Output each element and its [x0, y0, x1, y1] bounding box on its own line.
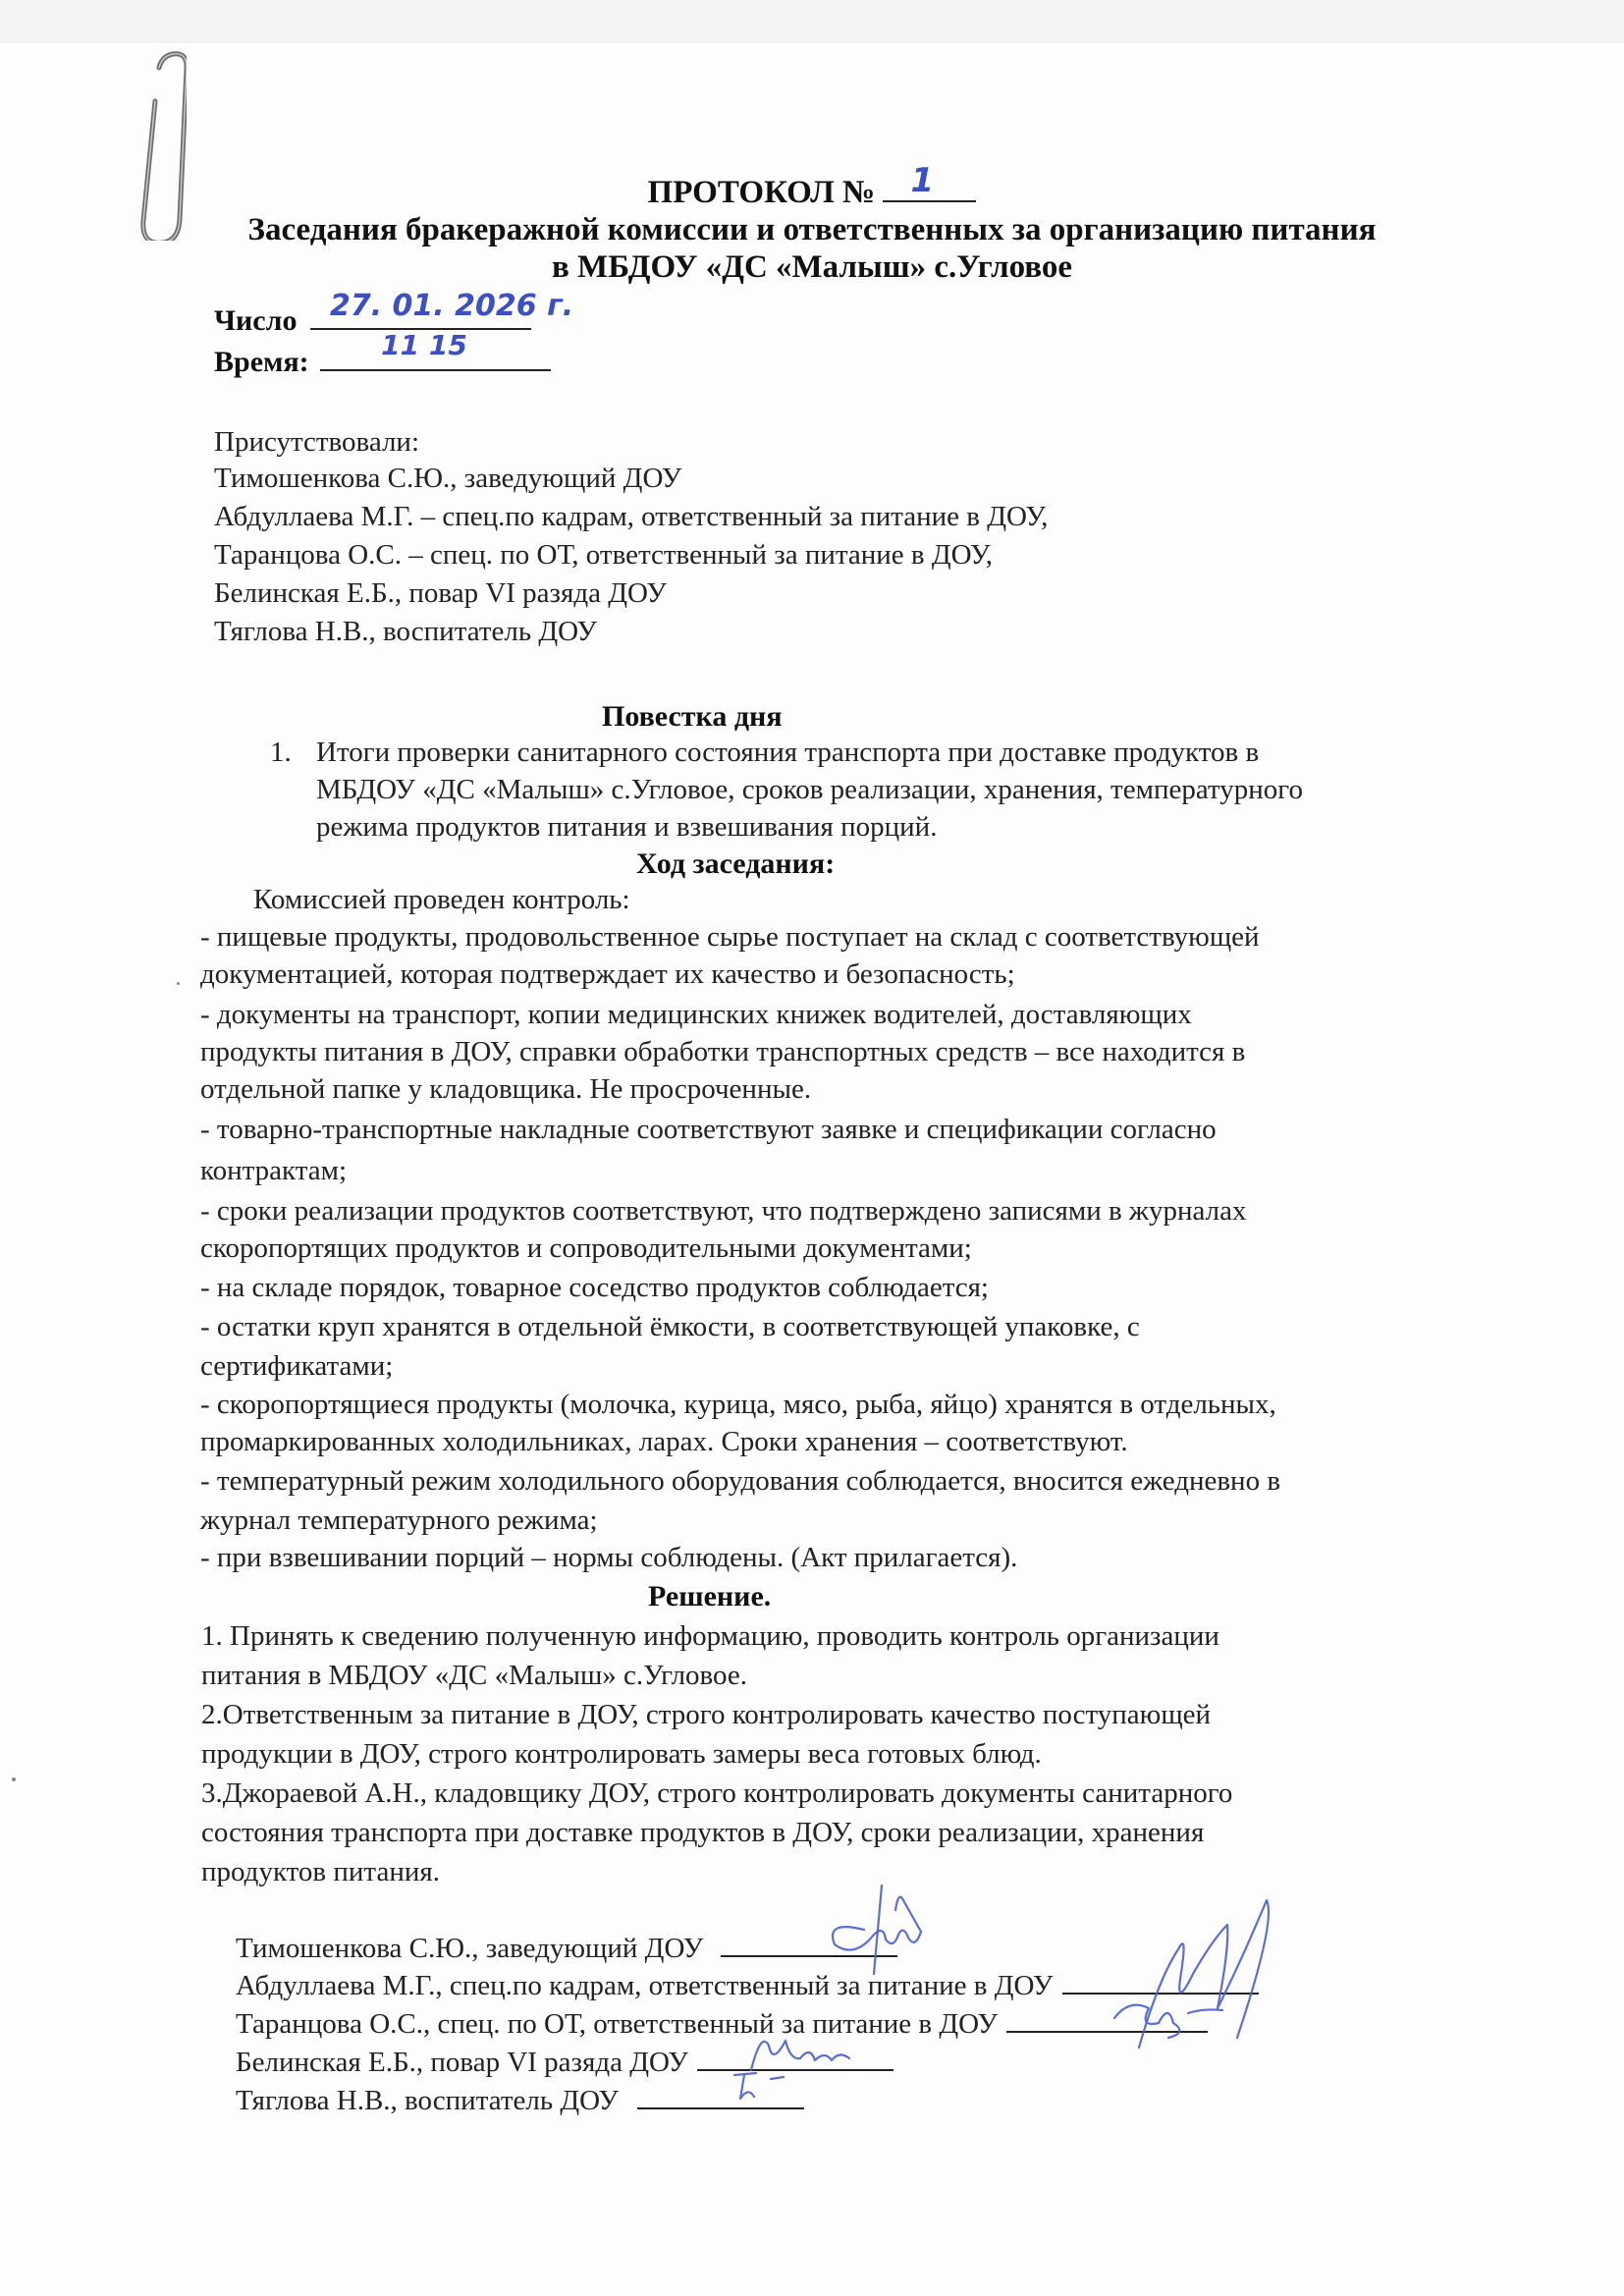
proceedings-intro: Комиссией проведен контроль:: [253, 882, 630, 917]
decision-line: продукции в ДОУ, строго контролировать з…: [201, 1736, 1042, 1772]
decision-line: 2.Ответственным за питание в ДОУ, строго…: [201, 1697, 1211, 1732]
decision-line: 1. Принять к сведению полученную информа…: [201, 1618, 1219, 1654]
scan-speck: [177, 982, 180, 985]
decision-line: 3.Джораевой А.Н., кладовщику ДОУ, строго…: [201, 1776, 1232, 1811]
attendees-heading: Присутствовали:: [214, 424, 419, 460]
proceedings-line: - скоропортящиеся продукты (молочка, кур…: [200, 1387, 1276, 1422]
proceedings-line: - документы на транспорт, копии медицинс…: [200, 997, 1192, 1032]
signature-row: Тимошенкова С.Ю., заведующий ДОУ: [236, 1930, 897, 1966]
date-row: Число 27. 01. 2026 г.: [214, 302, 531, 339]
protocol-number-handwritten: 1: [910, 163, 934, 198]
proceedings-line: промаркированных холодильниках, ларах. С…: [200, 1424, 1128, 1459]
signature-label: Белинская Е.Б., повар VI разяда ДОУ: [236, 2047, 688, 2078]
date-handwritten: 27. 01. 2026 г.: [330, 289, 573, 324]
signature-tarantsova-icon: [1110, 1979, 1237, 2048]
decision-line: состояния транспорта при доставке продук…: [201, 1815, 1204, 1850]
proceedings-line: отдельной папке у кладовщика. Не просроч…: [200, 1071, 811, 1107]
agenda-item-line: режима продуктов питания и взвешивания п…: [316, 809, 937, 845]
proceedings-line: - остатки круп хранятся в отдельной ёмко…: [200, 1309, 1140, 1344]
proceedings-line: - при взвешивании порций – нормы соблюде…: [200, 1540, 1017, 1575]
signature-label: Тяглова Н.В., воспитатель ДОУ: [236, 2085, 619, 2116]
proceedings-line: - товарно-транспортные накладные соответ…: [200, 1112, 1217, 1147]
proceedings-line: журнал температурного режима;: [200, 1503, 598, 1538]
attendee-item: Белинская Е.Б., повар VI разяда ДОУ: [214, 575, 667, 611]
proceedings-line: скоропортящих продуктов и сопроводительн…: [200, 1230, 972, 1266]
signature-row: Таранцова О.С., спец. по ОТ, ответственн…: [236, 2005, 1208, 2042]
time-label: Время:: [214, 346, 309, 378]
time-row: Время: 11 15: [214, 344, 551, 380]
protocol-number-blank: 1: [883, 175, 976, 202]
decision-line: питания в МБДОУ «ДС «Малыш» с.Угловое.: [201, 1658, 747, 1693]
decision-heading: Решение.: [648, 1579, 771, 1614]
proceedings-line: - температурный режим холодильного обору…: [200, 1463, 1280, 1499]
protocol-subtitle-line2: в МБДОУ «ДС «Малыш» с.Угловое: [0, 249, 1624, 285]
proceedings-line: - на складе порядок, товарное соседство …: [200, 1270, 989, 1305]
title-text: ПРОТОКОЛ №: [648, 175, 876, 210]
scan-top-edge: [0, 0, 1624, 43]
signature-label: Таранцова О.С., спец. по ОТ, ответственн…: [236, 2008, 998, 2040]
time-blank: 11 15: [320, 344, 551, 371]
proceedings-line: - пищевые продукты, продовольственное сы…: [200, 919, 1260, 955]
protocol-title: ПРОТОКОЛ № 1: [0, 175, 1624, 210]
attendee-item: Таранцова О.С. – спец. по ОТ, ответствен…: [214, 537, 993, 573]
signature-timoshenkova-icon: [805, 1881, 962, 1979]
protocol-subtitle-line1: Заседания бракеражной комиссии и ответст…: [0, 212, 1624, 247]
date-label: Число: [214, 304, 297, 337]
agenda-item-number: 1.: [270, 735, 292, 770]
agenda-heading: Повестка дня: [602, 699, 783, 735]
signature-tyaglova-icon: [727, 2067, 795, 2106]
attendee-item: Абдуллаева М.Г. – спец.по кадрам, ответс…: [214, 499, 1048, 534]
decision-line: продуктов питания.: [201, 1854, 440, 1889]
signature-row: Тяглова Н.В., воспитатель ДОУ: [236, 2082, 804, 2118]
proceedings-line: сертификатами;: [200, 1348, 393, 1384]
proceedings-heading: Ход заседания:: [636, 847, 835, 882]
proceedings-line: документацией, которая подтверждает их к…: [200, 957, 1015, 992]
agenda-item-line: Итоги проверки санитарного состояния тра…: [316, 735, 1259, 770]
attendee-item: Тяглова Н.В., воспитатель ДОУ: [214, 614, 597, 649]
signature-row: Абдуллаева М.Г., спец.по кадрам, ответст…: [236, 1967, 1259, 2003]
time-handwritten: 11 15: [381, 328, 467, 363]
agenda-item-line: МБДОУ «ДС «Малыш» с.Угловое, сроков реал…: [316, 772, 1303, 807]
proceedings-line: контрактам;: [200, 1153, 347, 1188]
proceedings-line: продукты питания в ДОУ, справки обработк…: [200, 1034, 1245, 1069]
signature-label: Тимошенкова С.Ю., заведующий ДОУ: [236, 1933, 703, 1964]
date-blank: 27. 01. 2026 г.: [310, 302, 531, 330]
attendee-item: Тимошенкова С.Ю., заведующий ДОУ: [214, 461, 681, 496]
proceedings-line: - сроки реализации продуктов соответству…: [200, 1193, 1246, 1229]
scan-speck: [12, 1777, 16, 1781]
